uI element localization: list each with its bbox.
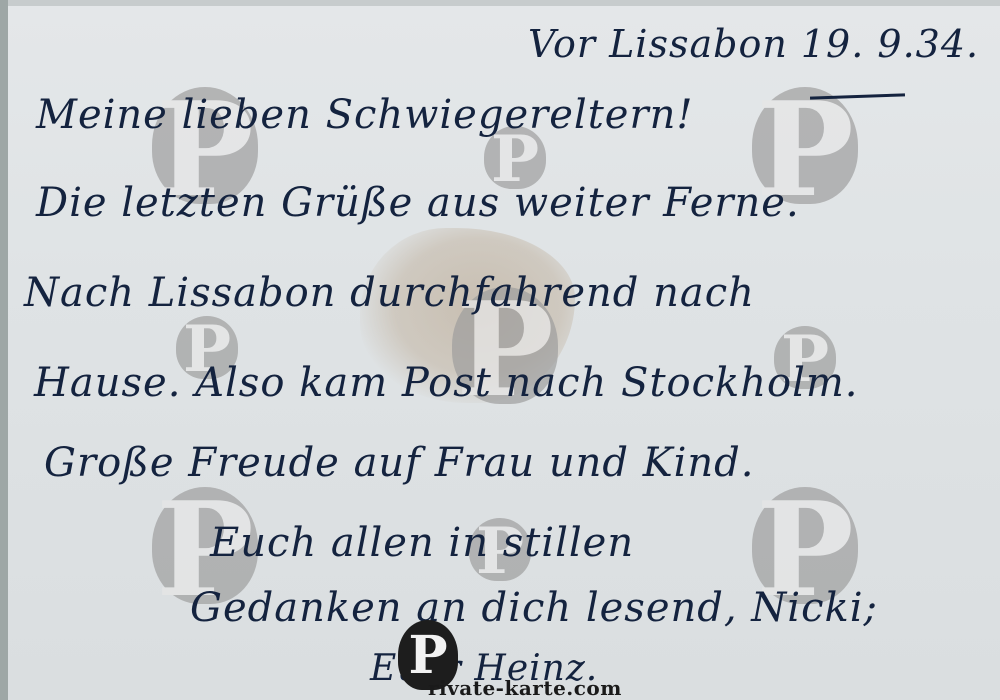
dateline: Vor Lissabon 19. 9.34. <box>528 22 979 66</box>
body-line: Große Freude auf Frau und Kind. <box>44 440 755 486</box>
card-left-edge <box>0 0 8 700</box>
body-line: Die letzten Grüße aus weiter Ferne. <box>36 180 800 226</box>
closing-line: Euch allen in stillen <box>210 520 634 566</box>
site-watermark-text: rivate-karte.com <box>428 676 622 700</box>
closing-line: Gedanken an dich lesend, Nicki; <box>190 585 878 631</box>
body-line: Hause. Also kam Post nach Stockholm. <box>34 360 859 406</box>
greeting-line: Meine lieben Schwiegereltern! <box>36 92 693 138</box>
body-line: Nach Lissabon durchfahrend nach <box>24 270 755 316</box>
